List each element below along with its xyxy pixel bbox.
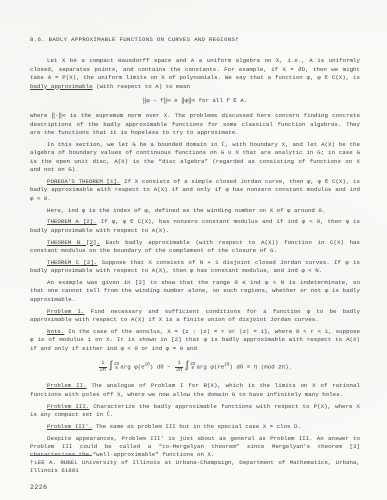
poreda-theorem-label: POREDA'S THEOREM [1]. [47,178,120,185]
problem-3-prime-text: The same as problem III but in the speci… [96,423,301,430]
intro-post: (with respect to A) to mean [93,83,190,90]
problem-2-label: Problem II. [47,382,87,389]
problem-1-label: Problem I. [47,308,84,315]
theorem-c-label: THEOREM C [2]. [47,259,97,266]
fraction-2: 12π [175,361,183,373]
intro-emphasis: badly approximable [30,83,93,90]
fraction-1-denominator: 2π [99,367,107,374]
footnote-author: †LEE A. RUBEL [30,459,78,466]
page-footer: †LEE A. RUBEL University of Illinois at … [30,455,360,492]
section-setup-paragraph: In this section, we let G be a bounded d… [30,141,360,175]
annulus-note-text: In the case of the annulus, X = {z : |z|… [30,328,360,352]
integrand-1: arg φ(e [120,364,144,371]
theorem-b: THEOREM B [2]. Each badly approximable (… [30,239,360,256]
problem-2: Problem II. The analogue of Problem I fo… [30,382,360,399]
integral-1-bounds: 2π0 [114,363,119,372]
intro-pre: Let X be a compact Hausdorff space and A… [30,57,360,81]
section-title: 8.6. BADLY APPROXIMABLE FUNCTIONS ON CUR… [30,36,360,44]
index-definition-note: Here, ind φ is the index of φ, defined a… [30,207,360,215]
integrand-1-tail: ) dθ − [150,364,171,371]
display-formula-integral: 12π∫2π0arg φ(eiθ) dθ − 12π∫2π0arg φ(reiθ… [30,361,360,373]
theorem-a-label: THEOREM A [2]. [47,218,97,225]
page-content: 8.6. BADLY APPROXIMABLE FUNCTIONS ON CUR… [30,36,360,460]
theorem-c: THEOREM C [2]. Suppose that X consists o… [30,259,360,276]
problem-3-prime: Problem III′. The same as problem III bu… [30,423,360,431]
example-paragraph: An example was given in [2] to show that… [30,279,360,304]
problem-3-label: Problem III. [47,403,89,410]
fraction-1: 12π [99,361,107,373]
annulus-note: Note. In the case of the annulus, X = {z… [30,328,360,353]
problem-3: Problem III. Characterize the badly appr… [30,403,360,420]
problem-1: Problem I. Find necessary and sufficient… [30,308,360,325]
page-number: 2226 [30,484,360,492]
integrand-2-tail: ) dθ ≡ π (mod 2π). [229,364,292,371]
theorem-b-label: THEOREM B [2]. [47,239,100,246]
integral-2-lower: 0 [190,367,195,372]
footnote-affiliation: University of Illinois at Urbana-Champai… [30,459,360,474]
integral-2-bounds: 2π0 [190,363,195,372]
integrand-2: arg φ(re [196,364,224,371]
footnote-rule [30,455,92,456]
norms-paragraph: where ‖·‖∞ is the supremum norm over X. … [30,112,360,137]
display-formula-norm: ‖φ − f‖∞ ≥ ‖φ‖∞ for all f ∈ A. [30,97,360,105]
annulus-note-label: Note. [47,328,64,335]
footnote: †LEE A. RUBEL University of Illinois at … [30,459,360,475]
integral-1-lower: 0 [114,367,119,372]
scanned-paper-page: 8.6. BADLY APPROXIMABLE FUNCTIONS ON CUR… [0,0,387,500]
theorem-a: THEOREM A [2]. If φ, φ ∈ C(X), has nonze… [30,218,360,235]
intro-paragraph: Let X be a compact Hausdorff space and A… [30,57,360,91]
fraction-2-denominator: 2π [175,367,183,374]
poreda-theorem: POREDA'S THEOREM [1]. If X consists of a… [30,178,360,203]
problem-3-prime-label: Problem III′. [47,423,92,430]
